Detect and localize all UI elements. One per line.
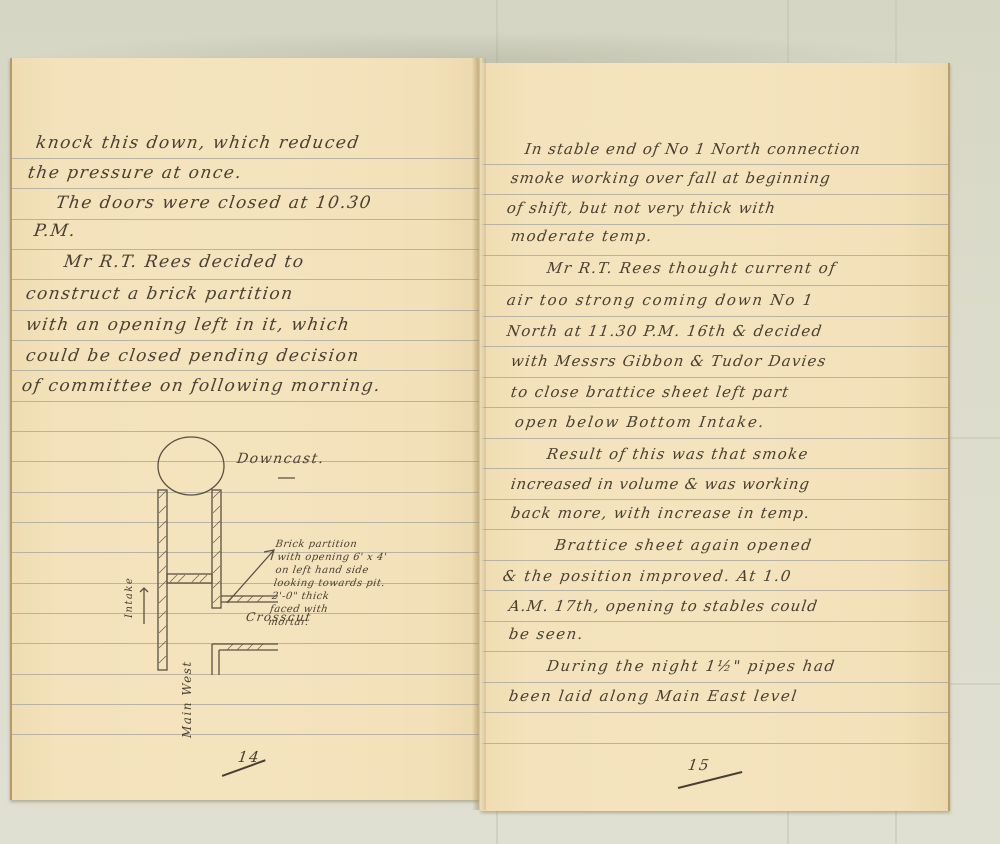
handwritten-line: back more, with increase in temp. — [510, 504, 812, 522]
handwritten-line: air too strong coming down No 1 — [506, 291, 816, 309]
ruled-line — [481, 499, 948, 500]
ruled-line — [481, 285, 948, 286]
ruled-line — [481, 682, 948, 683]
ruled-line — [481, 224, 948, 225]
diagram-label-main-west: Main West — [180, 660, 194, 738]
ruled-line — [481, 255, 948, 256]
ruled-line — [481, 407, 948, 408]
notebook-spine — [472, 58, 486, 810]
ruled-line — [481, 590, 948, 591]
ruled-line — [481, 712, 948, 713]
handwritten-line: A.M. 17th, opening to stables could — [508, 597, 820, 615]
handwritten-line: & the position improved. At 1.0 — [502, 567, 794, 585]
diagram-label-downcast: Downcast. — [236, 451, 326, 467]
handwritten-line: North at 11.30 P.M. 16th & decided — [506, 322, 824, 340]
handwritten-line: be seen. — [508, 625, 586, 643]
background-seam — [945, 437, 1000, 439]
downcast-shaft-icon — [158, 437, 224, 495]
background-seam — [945, 683, 1000, 685]
ruled-line — [481, 346, 948, 347]
ruled-line — [481, 377, 948, 378]
ruled-line — [481, 621, 948, 622]
diagram-label-crosscut: Crosscut — [245, 610, 313, 624]
diagram-label-intake: Intake — [124, 577, 135, 618]
handwritten-line: increased in volume & was working — [510, 475, 811, 493]
ruled-line — [481, 468, 948, 469]
ruled-line — [481, 164, 948, 165]
handwritten-line: smoke working over fall at beginning — [510, 169, 832, 187]
ruled-line — [481, 651, 948, 652]
right-page: In stable end of No 1 North connection s… — [481, 63, 950, 811]
handwritten-line: In stable end of No 1 North connection — [524, 140, 862, 158]
ruled-line — [481, 438, 948, 439]
handwritten-line: Result of this was that smoke — [546, 445, 810, 463]
handwritten-line: of shift, but not very thick with — [506, 199, 778, 217]
handwritten-line: moderate temp. — [510, 227, 655, 245]
handwritten-line: with Messrs Gibbon & Tudor Davies — [510, 352, 828, 370]
handwritten-line: to close brattice sheet left part — [510, 383, 791, 401]
ruled-line — [481, 560, 948, 561]
ruled-line — [481, 529, 948, 530]
mine-ventilation-diagram — [12, 58, 479, 800]
handwritten-line: open below Bottom Intake. — [514, 413, 767, 431]
ruled-line — [481, 316, 948, 317]
ruled-line — [481, 743, 948, 744]
ruled-line — [481, 194, 948, 195]
left-page: knock this down, which reduced the press… — [10, 58, 479, 800]
handwritten-line: Brattice sheet again opened — [554, 536, 814, 554]
handwritten-line: During the night 1½" pipes had — [546, 657, 837, 675]
page-number: 15 — [687, 756, 712, 774]
handwritten-line: been laid along Main East level — [508, 687, 799, 705]
handwritten-line: Mr R.T. Rees thought current of — [546, 259, 838, 277]
